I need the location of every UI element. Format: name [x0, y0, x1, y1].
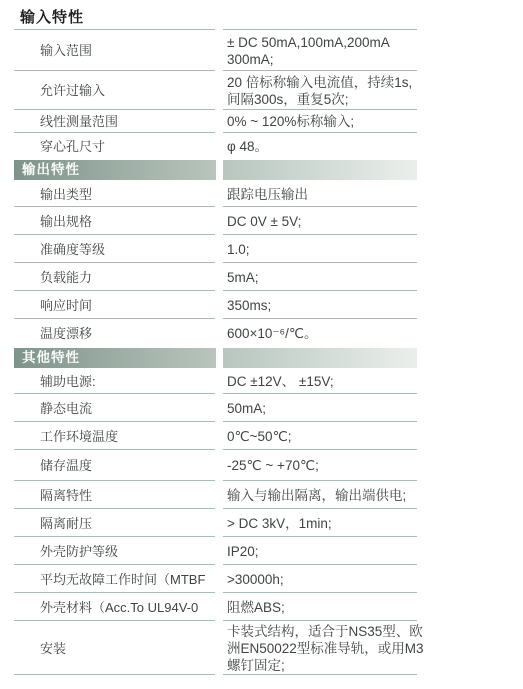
section-title-filler [223, 4, 508, 30]
spec-row: 安装 卡装式结构，适合于NS35型、欧 洲EN50022型标准导轨，或用M3 螺… [0, 621, 523, 675]
spec-value: 0% ~ 120%标称输入; [223, 110, 508, 133]
page-title: 输入特性 [14, 4, 215, 30]
spec-row: 外壳材料（Acc.To UL94V-0 阻燃ABS; [0, 593, 523, 621]
spec-row: 准确度等级 1.0; [0, 235, 523, 263]
section-header-fill [223, 160, 417, 180]
spec-label: 负载能力 [14, 263, 215, 291]
spec-label: 外壳材料（Acc.To UL94V-0 [14, 593, 215, 621]
spec-label: 允许过输入 [14, 71, 215, 110]
spec-label: 隔离特性 [14, 481, 215, 509]
bottom-margin [0, 675, 523, 689]
spec-value: 0℃~50℃; [223, 422, 508, 450]
spec-row: 线性测量范围 0% ~ 120%标称输入; [0, 110, 523, 133]
section-header-fill [223, 348, 417, 368]
spec-label: 储存温度 [14, 450, 215, 481]
spec-label: 静态电流 [14, 394, 215, 422]
spec-value: 卡装式结构，适合于NS35型、欧 洲EN50022型标准导轨，或用M3 螺钉固定… [223, 621, 508, 675]
spec-sheet: 输入特性 输入范围 ± DC 50mA,100mA,200mA 300mA; 允… [0, 0, 523, 689]
spec-label: 准确度等级 [14, 235, 215, 263]
spec-value: >30000h; [223, 565, 508, 593]
spec-row: 穿心孔尺寸 φ 48。 [0, 133, 523, 159]
spec-label: 线性测量范围 [14, 110, 215, 133]
spec-row: 输出规格 DC 0V ± 5V; [0, 207, 523, 235]
spec-label: 穿心孔尺寸 [14, 133, 215, 159]
spec-value: 50mA; [223, 394, 508, 422]
spec-row: 平均无故障工作时间（MTBF >30000h; [0, 565, 523, 593]
spec-value: 600×10⁻⁶/℃。 [223, 319, 508, 347]
section-title-other: 其他特性 [14, 348, 216, 368]
spec-row: 响应时间 350ms; [0, 291, 523, 319]
spec-row: 温度漂移 600×10⁻⁶/℃。 [0, 319, 523, 347]
spec-value: 350ms; [223, 291, 508, 319]
spec-label: 隔离耐压 [14, 509, 215, 537]
spec-label: 输出类型 [14, 181, 215, 207]
spec-value: 输入与输出隔离，输出端供电; [223, 481, 508, 509]
spec-label: 外壳防护等级 [14, 537, 215, 565]
spec-row: 隔离特性 输入与输出隔离，输出端供电; [0, 481, 523, 509]
spec-value: φ 48。 [223, 133, 508, 159]
section-input-title-row: 输入特性 [0, 4, 523, 30]
spec-row: 输入范围 ± DC 50mA,100mA,200mA 300mA; [0, 30, 523, 71]
spec-label: 输入范围 [14, 30, 215, 71]
spec-label: 平均无故障工作时间（MTBF [14, 565, 215, 593]
spec-row: 隔离耐压 > DC 3kV，1min; [0, 509, 523, 537]
spec-row: 静态电流 50mA; [0, 394, 523, 422]
spec-value: 5mA; [223, 263, 508, 291]
spec-row: 允许过输入 20 倍标称输入电流值，持续1s, 间隔300s，重复5次; [0, 71, 523, 110]
spec-value: ± DC 50mA,100mA,200mA 300mA; [223, 30, 508, 71]
spec-value: 跟踪电压输出 [223, 181, 508, 207]
spec-label: 输出规格 [14, 207, 215, 235]
spec-value: > DC 3kV，1min; [223, 509, 508, 537]
spec-value: DC ±12V、 ±15V; [223, 369, 508, 394]
spec-label: 辅助电源: [14, 369, 215, 394]
spec-row: 负载能力 5mA; [0, 263, 523, 291]
spec-value: 20 倍标称输入电流值，持续1s, 间隔300s，重复5次; [223, 71, 508, 110]
spec-label: 响应时间 [14, 291, 215, 319]
section-header-other: 其他特性 [0, 348, 523, 368]
spec-label: 温度漂移 [14, 319, 215, 347]
spec-label: 安装 [14, 621, 215, 675]
spec-row: 工作环境温度 0℃~50℃; [0, 422, 523, 450]
spec-label: 工作环境温度 [14, 422, 215, 450]
spec-row: 输出类型 跟踪电压输出 [0, 181, 523, 207]
section-header-output: 输出特性 [0, 160, 523, 180]
spec-value: DC 0V ± 5V; [223, 207, 508, 235]
spec-value: 阻燃ABS; [223, 593, 508, 621]
spec-row: 外壳防护等级 IP20; [0, 537, 523, 565]
spec-value: 1.0; [223, 235, 508, 263]
section-title-output: 输出特性 [14, 160, 216, 180]
spec-value: -25℃ ~ +70℃; [223, 450, 508, 481]
spec-row: 储存温度 -25℃ ~ +70℃; [0, 450, 523, 481]
spec-value: IP20; [223, 537, 508, 565]
spec-row: 辅助电源: DC ±12V、 ±15V; [0, 369, 523, 394]
